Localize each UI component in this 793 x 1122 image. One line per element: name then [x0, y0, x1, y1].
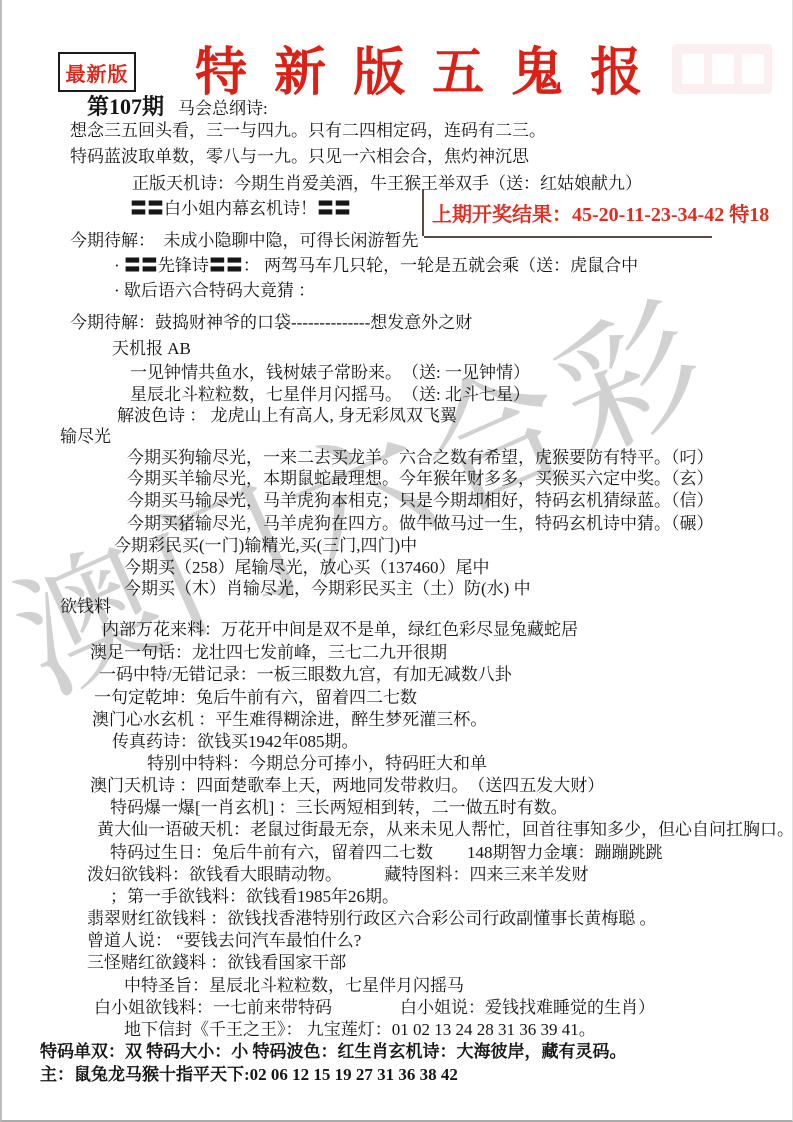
text-line: 天机报 AB — [112, 337, 191, 361]
issue-number: 第107期 — [87, 94, 164, 119]
text-line: 中特圣旨：星辰北斗粒粒数，七星伴月闪摇马 — [124, 974, 464, 998]
text-line: 曾道人说： “要钱去问汽车最怕什么? — [87, 929, 361, 953]
text-line: · 歇后语六合特码大竟猜 ： — [114, 279, 315, 303]
text-line: · 〓〓先锋诗〓〓： 两驾马车几只轮，一轮是五就会乘（送：虎鼠合中 — [114, 254, 638, 278]
text-line: 今期待解：鼓捣财神爷的口袋--------------想发意外之财 — [70, 311, 472, 335]
text-line: 今期待解： 未成小隐聊中隐，可得长闲游暂先 — [70, 229, 419, 253]
text-line: 想念三五回头看，三一与四九。只有二四相定码，连码有二三。 — [70, 119, 546, 143]
text-line: 主：鼠兔龙马猴十指平天下:02 06 12 15 19 27 31 36 38 … — [40, 1063, 458, 1087]
text-line: 翡翠财红欲钱料 ：欲钱找香港特别行政区六合彩公司行政副懂事长黄梅聪 。 — [87, 907, 657, 931]
text-line: 澳门心水玄机 ：平生难得糊涂进，醉生梦死灌三杯。 — [92, 708, 487, 732]
text-line: 欲钱料 — [60, 595, 111, 619]
text-line: 白小姐欲钱料：一七前来带特码 白小姐说：爱钱找难睡觉的生肖） — [94, 996, 655, 1020]
text-line: 特码蓝波取单数，零八与一九。只见一六相会合，焦灼神沉思 — [70, 145, 529, 169]
issue-subtitle: 马会总纲诗: — [178, 99, 268, 118]
text-line: 输尽光 — [60, 425, 111, 449]
text-line: 泼妇欲钱料：欲钱看大眼睛动物。 藏特图料：四来三来羊发财 — [87, 863, 589, 887]
page: 澳门六合彩 最新版 特新版五鬼报 第107期马会总纲诗: 上期开奖结果：45-2… — [0, 0, 793, 1122]
text-line: 今期买马输尽光，马羊虎狗本相克；只是今期却相好，特码玄机猜绿蓝。（信） — [127, 489, 714, 513]
text-line: ；第一手欲钱料：欲钱看1985年26期。 — [110, 885, 399, 909]
text-line: 今期彩民买(一门)输精光,买(三门,四门)中 — [114, 534, 417, 558]
text-line: 三怪赌红欲錢料 ：欲钱看国家干部 — [87, 951, 346, 975]
text-line: 一见钟情共鱼水，钱树婊子常盼来。 （送: 一见钟情） — [130, 361, 530, 385]
text-line: 澳门天机诗 ：四面楚歌奉上天，两地同发带救归。 （送四五发大财） — [90, 774, 604, 798]
body-lines: 想念三五回头看，三一与四九。只有二四相定码，连码有二三。特码蓝波取单数，零八与一… — [2, 0, 793, 1122]
text-line: 今期买猪输尽光，马羊虎狗在四方。做牛做马过一生，特码玄机诗中猜。（碾） — [127, 512, 714, 536]
text-line: 一句定乾坤：兔后牛前有六，留着四二七数 — [94, 686, 417, 710]
text-line: 一码中特/无错记录：一板三眼数九宫，有加无减数八卦 — [99, 663, 512, 687]
text-line: 今期买（木）肖输尽光，今期彩民买主（土）防(水) 中 — [124, 577, 531, 601]
text-line: 特别中特料：今期总分可捧小，特码旺大和单 — [147, 752, 487, 776]
text-line: 特码爆一爆[一肖玄机] ：三长两短相到转，二一做五时有数。 — [110, 796, 568, 820]
text-line: 黄大仙一语破天机：老鼠过街最无奈，从来未见人帮忙，回首往事知多少，但心自问扛胸口… — [97, 818, 793, 842]
text-line: 地下信封《千王之王》： 九宝莲灯：01 02 13 24 28 31 36 39… — [124, 1018, 596, 1042]
text-line: 传真药诗：欲钱买1942年085期。 — [112, 730, 359, 754]
text-line: 特码单双：双 特码大小：小 特码波色：红生肖玄机诗：大海彼岸，藏有灵码。 — [40, 1040, 627, 1064]
last-draw-result-box: 上期开奖结果：45-20-11-23-34-42 特18 — [422, 189, 793, 236]
edition-badge: 最新版 — [58, 52, 136, 92]
issue-heading: 第107期马会总纲诗: — [87, 90, 268, 121]
text-line: 今期买羊输尽光，本期鼠蛇最理想。今年猴年财多多，买猴买六定中奖。（玄） — [127, 467, 714, 491]
text-line: 内部万花来料：万花开中间是双不是单，绿红色彩尽显兔藏蛇居 — [102, 618, 578, 642]
text-line: 特码过生日：兔后牛前有六，留着四二七数 148期智力金壤：蹦蹦跳跳 — [110, 841, 663, 865]
last-draw-text: 上期开奖结果：45-20-11-23-34-42 特18 — [424, 198, 769, 227]
text-line: 解波色诗 ： 龙虎山上有高人, 身无彩凤双飞翼 — [117, 404, 457, 428]
text-line: 〓〓白小姐内幕玄机诗！〓〓 — [130, 197, 351, 221]
text-line: 澳足一句话：龙壮四七发前峰，三七二九开很期 — [90, 641, 447, 665]
